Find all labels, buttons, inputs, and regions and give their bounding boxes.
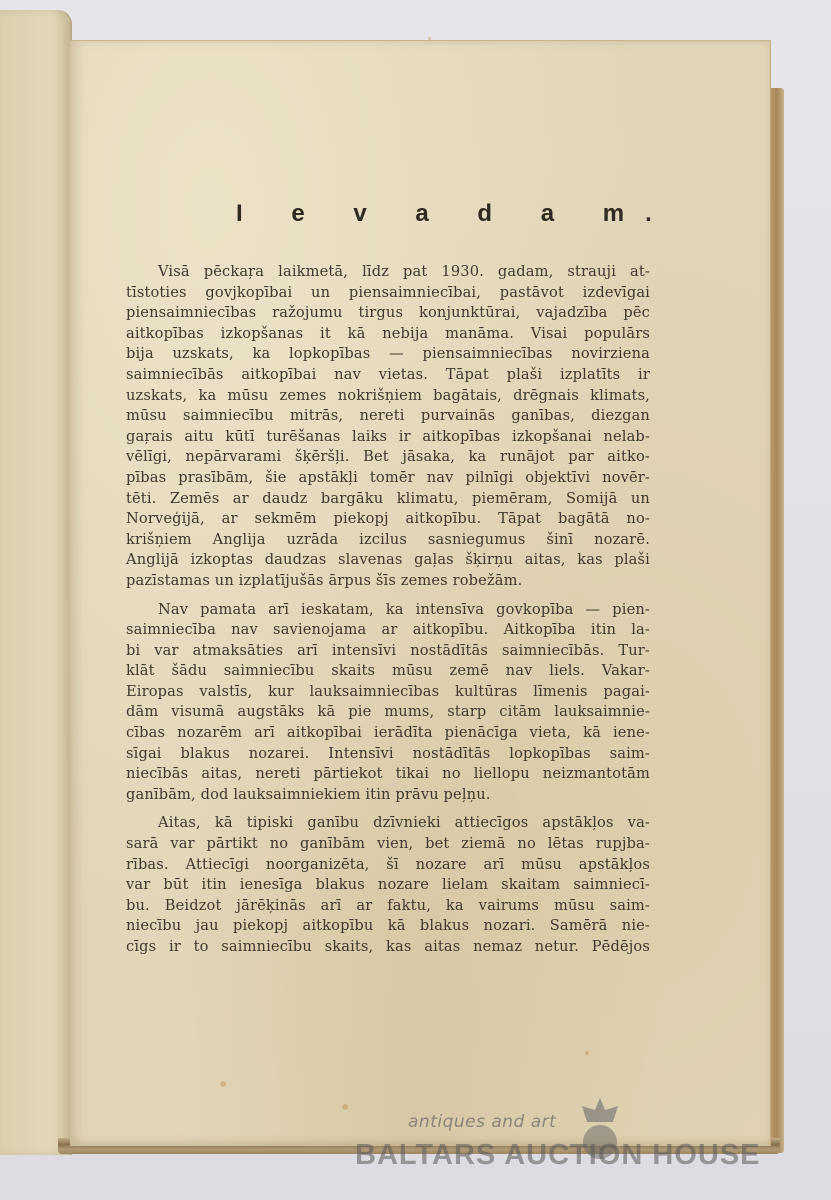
text-line: saimniecībās aitkopībai nav vietas. Tāpa… bbox=[126, 365, 650, 386]
left-facing-page-edge bbox=[0, 10, 72, 1155]
text-line: cības nozarēm arī aitkopībai ierādīta pi… bbox=[126, 723, 650, 744]
paragraph-2: Nav pamata arī ieskatam, ka intensīva go… bbox=[126, 600, 650, 806]
text-line: Norveģijā, ar sekmēm piekopj aitkopību. … bbox=[126, 509, 650, 530]
foxing-spot bbox=[585, 1051, 589, 1055]
text-line: klāt šādu saimniecību skaits mūsu zemē n… bbox=[126, 661, 650, 682]
text-line: gaŗais aitu kūtī turēšanas laiks ir aitk… bbox=[126, 427, 650, 448]
text-line: niecībās aitas, nereti pārtiekot tikai n… bbox=[126, 764, 650, 785]
text-line: ganībām, dod lauksaimniekiem itin prāvu … bbox=[126, 785, 650, 806]
text-line: rības. Attiecīgi noorganizēta, šī nozare… bbox=[126, 855, 650, 876]
text-line: dām visumā augstāks kā pie mums, starp c… bbox=[126, 702, 650, 723]
chapter-title: I e v a d a m. bbox=[236, 200, 546, 228]
foxing-spot bbox=[342, 1104, 348, 1110]
paragraph-1: Visā pēckaŗa laikmetā, līdz pat 1930. ga… bbox=[126, 262, 650, 592]
text-line: uzskats, ka mūsu zemes nokrišņiem bagāta… bbox=[126, 386, 650, 407]
text-line: Eiropas valstīs, kur lauksaimniecības ku… bbox=[126, 682, 650, 703]
text-line: cīgs ir to saimniecību skaits, kas aitas… bbox=[126, 937, 650, 958]
foxing-spot bbox=[220, 1081, 226, 1087]
foxing-spot bbox=[428, 37, 431, 40]
text-line: Visā pēckaŗa laikmetā, līdz pat 1930. ga… bbox=[126, 262, 650, 283]
text-line: krišņiem Anglija uzrāda izcilus sasniegu… bbox=[126, 530, 650, 551]
text-line: tēti. Zemēs ar daudz bargāku klimatu, pi… bbox=[126, 489, 650, 510]
text-line: aitkopības izkopšanas it kā nebija manām… bbox=[126, 324, 650, 345]
text-line: Nav pamata arī ieskatam, ka intensīva go… bbox=[126, 600, 650, 621]
text-line: Aitas, kā tipiski ganību dzīvnieki attie… bbox=[126, 813, 650, 834]
text-line: pības prasībām, šie apstākļi tomēr nav p… bbox=[126, 468, 650, 489]
text-line: vēlīgi, nepārvarami šķēršļi. Bet jāsaka,… bbox=[126, 447, 650, 468]
text-line: saimniecība nav savienojama ar aitkopību… bbox=[126, 620, 650, 641]
text-line: bija uzskats, ka lopkopības — piensaimni… bbox=[126, 344, 650, 365]
body-text: Visā pēckaŗa laikmetā, līdz pat 1930. ga… bbox=[126, 262, 650, 958]
text-line: tīstoties govjkopībai un piensaimniecība… bbox=[126, 283, 650, 304]
text-line: var būt itin ienesīga blakus nozare liel… bbox=[126, 875, 650, 896]
paragraph-3: Aitas, kā tipiski ganību dzīvnieki attie… bbox=[126, 813, 650, 957]
text-line: pazīstamas un izplatījušās ārpus šīs zem… bbox=[126, 571, 650, 592]
text-line: niecību jau piekopj aitkopību kā blakus … bbox=[126, 916, 650, 937]
text-line: bu. Beidzot jārēķinās arī ar faktu, ka v… bbox=[126, 896, 650, 917]
text-line: bi var atmaksāties arī intensīvi nostādī… bbox=[126, 641, 650, 662]
text-line: sīgai blakus nozarei. Intensīvi nostādīt… bbox=[126, 744, 650, 765]
text-line: mūsu saimniecību mitrās, nereti purvainā… bbox=[126, 406, 650, 427]
text-line: piensaimniecības ražojumu tirgus konjunk… bbox=[126, 303, 650, 324]
text-line: Anglijā izkoptas daudzas slavenas gaļas … bbox=[126, 550, 650, 571]
text-line: sarā var pārtikt no ganībām vien, bet zi… bbox=[126, 834, 650, 855]
